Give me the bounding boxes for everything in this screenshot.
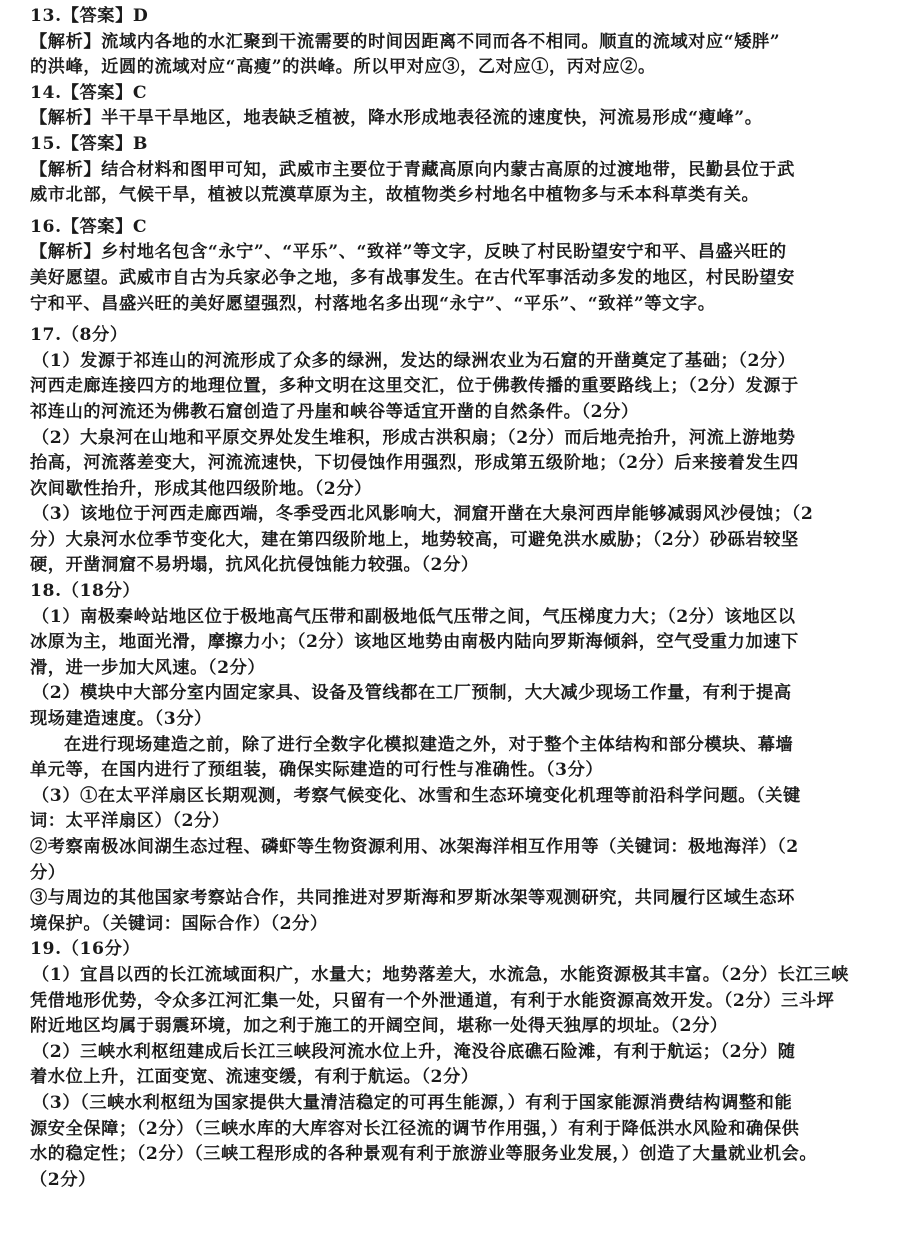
part-line: 滑，进一步加大风速。（2分）: [30, 656, 878, 682]
analysis-line: 【解析】流域内各地的水汇聚到干流需要的时间因距离不同而各不相同。顺直的流域对应“…: [30, 30, 878, 56]
part-line: （2）大泉河在山地和平原交界处发生堆积，形成古洪积扇；（2分）而后地壳抬升，河流…: [30, 426, 878, 452]
plain-line: ②考察南极冰间湖生态过程、磷虾等生物资源利用、冰架海洋相互作用等（关键词：极地海…: [30, 835, 878, 861]
block-part: （2）大泉河在山地和平原交界处发生堆积，形成古洪积扇；（2分）而后地壳抬升，河流…: [30, 426, 878, 503]
block-answer: 16.【答案】C: [30, 215, 878, 241]
analysis-line: 宁和平、昌盛兴旺的美好愿望强烈，村落地名多出现“永宁”、“平乐”、“致祥”等文字…: [30, 292, 878, 318]
block-analysis: 【解析】流域内各地的水汇聚到干流需要的时间因距离不同而各不相同。顺直的流域对应“…: [30, 30, 878, 81]
block-plain: ②考察南极冰间湖生态过程、磷虾等生物资源利用、冰架海洋相互作用等（关键词：极地海…: [30, 835, 878, 886]
part-line: 附近地区均属于弱震环境，加之利于施工的开阔空间，堪称一处得天独厚的坝址。（2分）: [30, 1014, 878, 1040]
block-analysis: 【解析】结合材料和图甲可知，武威市主要位于青藏高原向内蒙古高原的过渡地带，民勤县…: [30, 158, 878, 209]
paragraph-indent-line: 单元等，在国内进行了预组装，确保实际建造的可行性与准确性。（3分）: [30, 758, 878, 784]
part-line: 抬高，河流落差变大，河流流速快，下切侵蚀作用强烈，形成第五级阶地；（2分）后来接…: [30, 451, 878, 477]
block-plain: ③与周边的其他国家考察站合作，共同推进对罗斯海和罗斯冰架等观测研究，共同履行区域…: [30, 886, 878, 937]
part-line: （1）宜昌以西的长江流域面积广，水量大；地势落差大，水流急，水能资源极其丰富。（…: [30, 963, 878, 989]
analysis-line: 的洪峰，近圆的流域对应“高瘦”的洪峰。所以甲对应③，乙对应①，丙对应②。: [30, 55, 878, 81]
part-line: 冰原为主，地面光滑，摩擦力小；（2分）该地区地势由南极内陆向罗斯海倾斜，空气受重…: [30, 630, 878, 656]
part-line: 源安全保障；（2分）（三峡水库的大库容对长江径流的调节作用强，）有利于降低洪水风…: [30, 1117, 878, 1143]
part-line: 分）大泉河水位季节变化大，建在第四级阶地上，地势较高，可避免洪水威胁；（2分）砂…: [30, 528, 878, 554]
block-question: 18.（18分）: [30, 579, 878, 605]
block-paragraph-indent: 在进行现场建造之前，除了进行全数字化模拟建造之外，对于整个主体结构和部分模块、幕…: [30, 733, 878, 784]
block-part: （3）（三峡水利枢纽为国家提供大量清洁稳定的可再生能源，）有利于国家能源消费结构…: [30, 1091, 878, 1193]
block-answer: 14.【答案】C: [30, 81, 878, 107]
plain-line: ③与周边的其他国家考察站合作，共同推进对罗斯海和罗斯冰架等观测研究，共同履行区域…: [30, 886, 878, 912]
part-line: （3）该地位于河西走廊西端，冬季受西北风影响大，洞窟开凿在大泉河西岸能够减弱风沙…: [30, 502, 878, 528]
analysis-line: 美好愿望。武威市自古为兵家必争之地，多有战事发生。在古代军事活动多发的地区，村民…: [30, 266, 878, 292]
part-line: 次间歇性抬升，形成其他四级阶地。（2分）: [30, 477, 878, 503]
part-line: （3）（三峡水利枢纽为国家提供大量清洁稳定的可再生能源，）有利于国家能源消费结构…: [30, 1091, 878, 1117]
block-part: （1）发源于祁连山的河流形成了众多的绿洲，发达的绿洲农业为石窟的开凿奠定了基础；…: [30, 349, 878, 426]
part-line: （2）模块中大部分室内固定家具、设备及管线都在工厂预制，大大减少现场工作量，有利…: [30, 681, 878, 707]
block-part: （1）宜昌以西的长江流域面积广，水量大；地势落差大，水流急，水能资源极其丰富。（…: [30, 963, 878, 1040]
part-line: 水的稳定性；（2分）（三峡工程形成的各种景观有利于旅游业等服务业发展，）创造了大…: [30, 1142, 878, 1168]
block-question: 19.（16分）: [30, 937, 878, 963]
part-line: 现场建造速度。（3分）: [30, 707, 878, 733]
part-line: 祁连山的河流还为佛教石窟创造了丹崖和峡谷等适宜开凿的自然条件。（2分）: [30, 400, 878, 426]
part-line: （1）发源于祁连山的河流形成了众多的绿洲，发达的绿洲农业为石窟的开凿奠定了基础；…: [30, 349, 878, 375]
block-answer: 15.【答案】B: [30, 132, 878, 158]
block-analysis: 【解析】乡村地名包含“永宁”、“平乐”、“致祥”等文字，反映了村民盼望安宁和平、…: [30, 240, 878, 317]
part-line: 硬，开凿洞窟不易坍塌，抗风化抗侵蚀能力较强。（2分）: [30, 553, 878, 579]
part-line: 着水位上升，江面变宽、流速变缓，有利于航运。（2分）: [30, 1065, 878, 1091]
part-line: 词：太平洋扇区）（2分）: [30, 809, 878, 835]
part-line: 河西走廊连接四方的地理位置，多种文明在这里交汇，位于佛教传播的重要路线上；（2分…: [30, 374, 878, 400]
plain-line: 分）: [30, 861, 878, 887]
block-answer: 13.【答案】D: [30, 4, 878, 30]
part-line: 凭借地形优势，令众多江河汇集一处，只留有一个外泄通道，有利于水能资源高效开发。（…: [30, 989, 878, 1015]
block-analysis: 【解析】半干旱干旱地区，地表缺乏植被，降水形成地表径流的速度快，河流易形成“瘦峰…: [30, 106, 878, 132]
block-question: 17.（8分）: [30, 323, 878, 349]
analysis-line: 【解析】乡村地名包含“永宁”、“平乐”、“致祥”等文字，反映了村民盼望安宁和平、…: [30, 240, 878, 266]
part-line: （1）南极秦岭站地区位于极地高气压带和副极地低气压带之间，气压梯度力大；（2分）…: [30, 605, 878, 631]
part-line: （3）①在太平洋扇区长期观测，考察气候变化、冰雪和生态环境变化机理等前沿科学问题…: [30, 784, 878, 810]
question-line: 18.（18分）: [30, 579, 878, 605]
answer-line: 14.【答案】C: [30, 81, 878, 107]
block-part: （1）南极秦岭站地区位于极地高气压带和副极地低气压带之间，气压梯度力大；（2分）…: [30, 605, 878, 682]
block-part: （2）三峡水利枢纽建成后长江三峡段河流水位上升，淹没谷底礁石险滩，有利于航运；（…: [30, 1040, 878, 1091]
part-line: （2分）: [30, 1168, 878, 1194]
analysis-line: 【解析】半干旱干旱地区，地表缺乏植被，降水形成地表径流的速度快，河流易形成“瘦峰…: [30, 106, 878, 132]
answer-line: 16.【答案】C: [30, 215, 878, 241]
paragraph-indent-line: 在进行现场建造之前，除了进行全数字化模拟建造之外，对于整个主体结构和部分模块、幕…: [30, 733, 878, 759]
question-line: 19.（16分）: [30, 937, 878, 963]
analysis-line: 【解析】结合材料和图甲可知，武威市主要位于青藏高原向内蒙古高原的过渡地带，民勤县…: [30, 158, 878, 184]
answer-line: 15.【答案】B: [30, 132, 878, 158]
plain-line: 境保护。（关键词：国际合作）（2分）: [30, 912, 878, 938]
part-line: （2）三峡水利枢纽建成后长江三峡段河流水位上升，淹没谷底礁石险滩，有利于航运；（…: [30, 1040, 878, 1066]
answer-key-page: 13.【答案】D【解析】流域内各地的水汇聚到干流需要的时间因距离不同而各不相同。…: [0, 0, 900, 1193]
block-part: （3）①在太平洋扇区长期观测，考察气候变化、冰雪和生态环境变化机理等前沿科学问题…: [30, 784, 878, 835]
block-part: （3）该地位于河西走廊西端，冬季受西北风影响大，洞窟开凿在大泉河西岸能够减弱风沙…: [30, 502, 878, 579]
block-part: （2）模块中大部分室内固定家具、设备及管线都在工厂预制，大大减少现场工作量，有利…: [30, 681, 878, 732]
analysis-line: 威市北部，气候干旱，植被以荒漠草原为主，故植物类乡村地名中植物多与禾本科草类有关…: [30, 183, 878, 209]
question-line: 17.（8分）: [30, 323, 878, 349]
answer-line: 13.【答案】D: [30, 4, 878, 30]
